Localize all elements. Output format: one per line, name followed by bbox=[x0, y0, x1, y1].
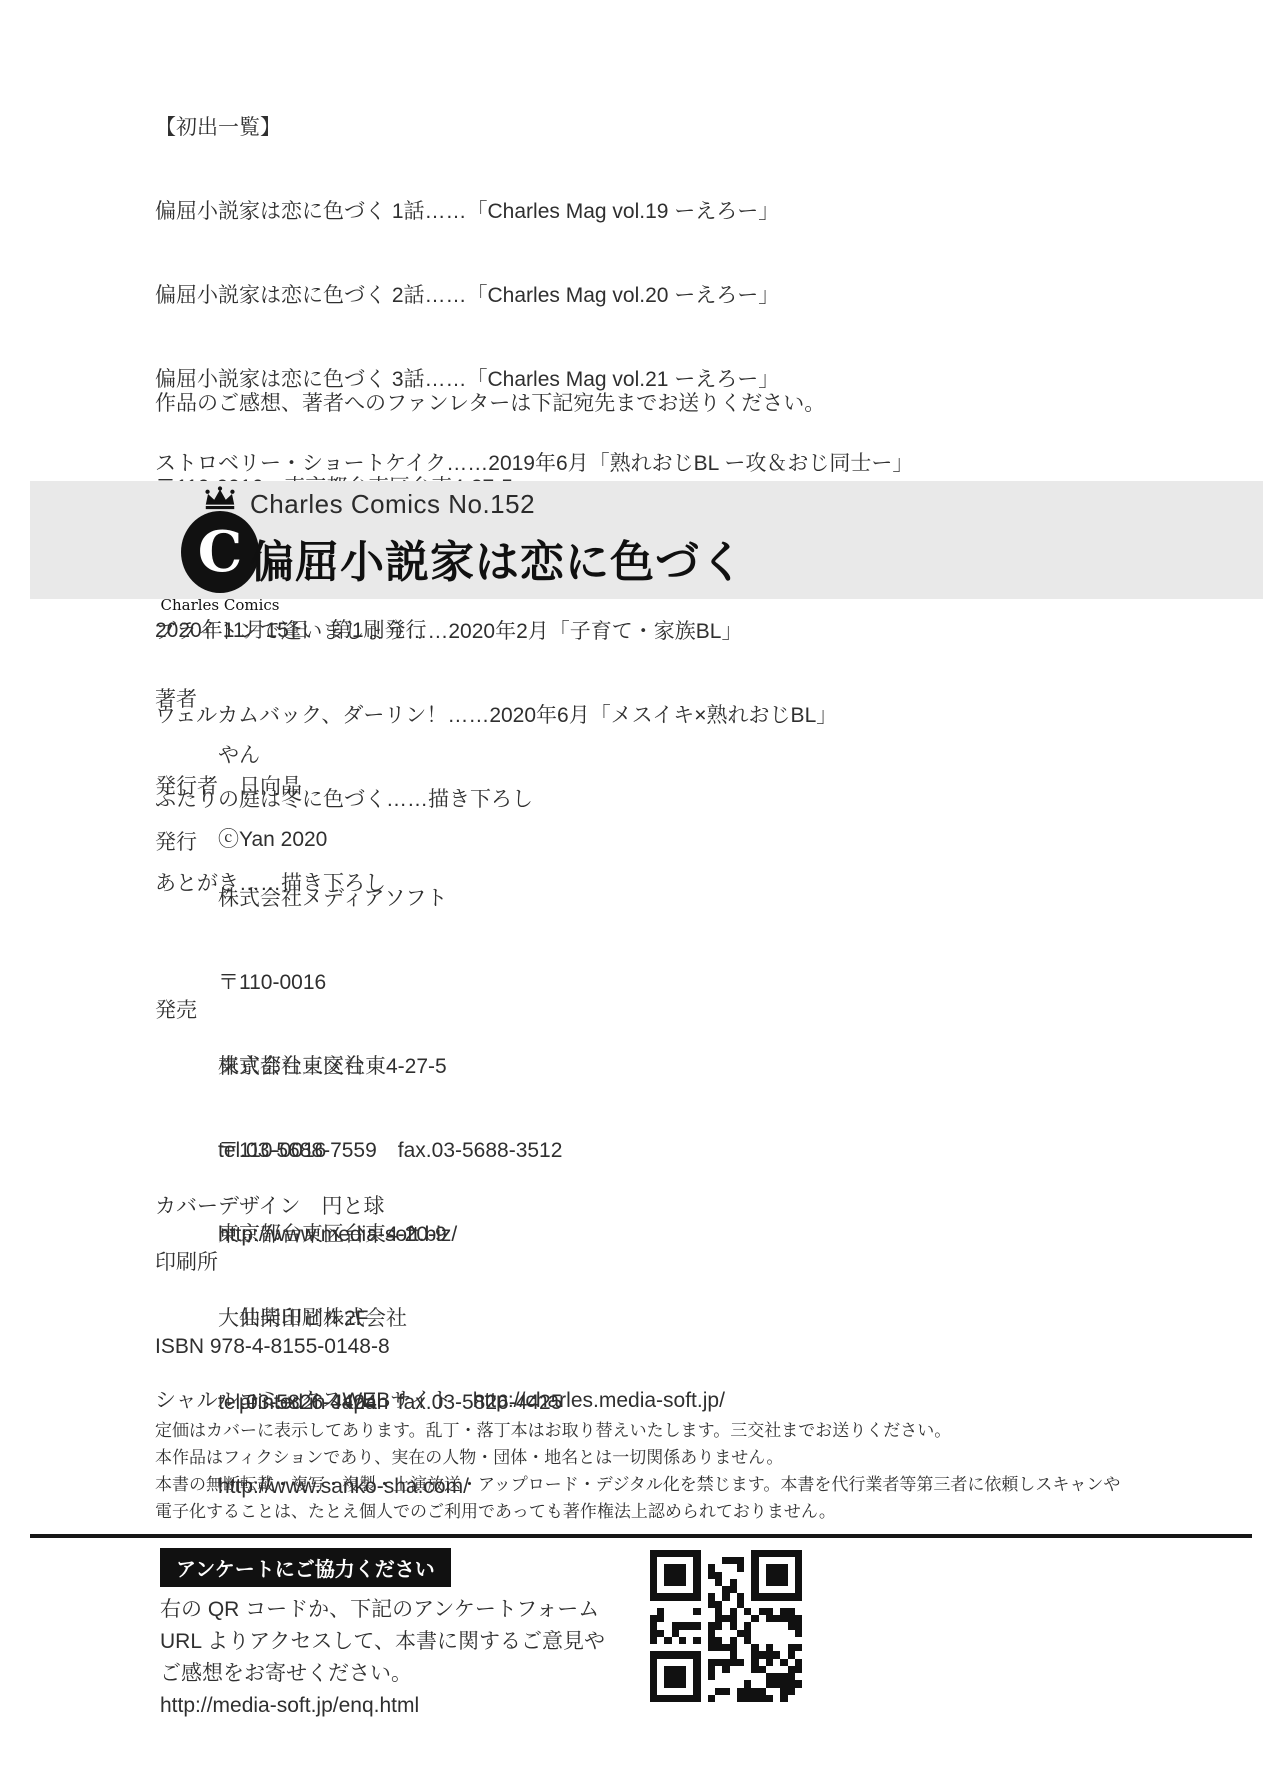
isbn: ISBN 978-4-8155-0148-8 bbox=[155, 1333, 390, 1361]
legal-line: 本作品はフィクションであり、実在の人物・団体・地名とは一切関係ありません。 bbox=[155, 1444, 1120, 1471]
distributor-label: 発売 bbox=[155, 997, 197, 1025]
publisher-name: 株式会社メディアソフト bbox=[218, 885, 562, 913]
book-title: 偏屈小説家は恋に色づく bbox=[250, 526, 745, 590]
banner-text: Charles Comics No.152 偏屈小説家は恋に色づく bbox=[250, 489, 745, 590]
distributor-name: 株式会社三交社 bbox=[218, 1053, 562, 1081]
cover-design-name: 円と球 bbox=[322, 1193, 385, 1221]
logo-letter: C bbox=[198, 524, 243, 580]
list-item: 偏屈小説家は恋に色づく 2話……「Charles Mag vol.20 ーえろー… bbox=[155, 282, 913, 310]
website-row: シャルルコミックスWEBサイト http://charles.media-sof… bbox=[155, 1387, 725, 1415]
first-publication-heading: 【初出一覧】 bbox=[155, 114, 913, 142]
series-number: Charles Comics No.152 bbox=[250, 489, 745, 520]
survey-instructions: 右の QR コードか、下記のアンケートフォーム URL よりアクセスして、本書に… bbox=[160, 1594, 605, 1722]
issuer-row: 発行者 日向晶 bbox=[155, 773, 302, 801]
section-divider bbox=[30, 1534, 1252, 1538]
printer-label: 印刷所 bbox=[155, 1249, 218, 1277]
list-item: 偏屈小説家は恋に色づく 1話……「Charles Mag vol.19 ーえろー… bbox=[155, 198, 913, 226]
legal-line: 本書の無断転載・複写・複製・上演放送・アップロード・デジタル化を禁じます。本書を… bbox=[155, 1471, 1120, 1498]
distributor-address: 東京都台東区台東4-20-9 bbox=[218, 1221, 562, 1249]
logo-circle: C bbox=[181, 511, 259, 593]
colophon-page: 【初出一覧】 偏屈小説家は恋に色づく 1話……「Charles Mag vol.… bbox=[0, 0, 1280, 1771]
publisher-postal: 〒110-0016 bbox=[218, 969, 562, 997]
issuer-name: 日向晶 bbox=[239, 773, 302, 801]
survey-line: URL よりアクセスして、本書に関するご意見や bbox=[160, 1626, 605, 1658]
survey-line: ご感想をお寄せください。 bbox=[160, 1658, 605, 1690]
fan-letter-line: 作品のご感想、著者へのファンレターは下記宛先までお送りください。 bbox=[155, 390, 825, 418]
website-label: シャルルコミックスWEBサイト bbox=[155, 1387, 452, 1415]
survey-url: http://media-soft.jp/enq.html bbox=[160, 1690, 605, 1722]
qr-code bbox=[650, 1550, 802, 1702]
legal-notice: 定価はカバーに表示してあります。乱丁・落丁本はお取り替えいたします。三交社までお… bbox=[155, 1417, 1120, 1525]
distributor-postal: 〒110-0016 bbox=[218, 1137, 562, 1165]
cover-design-row: カバーデザイン 円と球 bbox=[155, 1193, 385, 1221]
issuer-label: 発行者 bbox=[155, 773, 218, 801]
logo-label: Charles Comics bbox=[160, 596, 279, 614]
author-label: 著者 bbox=[155, 686, 197, 714]
printer-name: 共同印刷株式会社 bbox=[239, 1305, 407, 1333]
survey-line: 右の QR コードか、下記のアンケートフォーム bbox=[160, 1594, 605, 1626]
legal-line: 定価はカバーに表示してあります。乱丁・落丁本はお取り替えいたします。三交社までお… bbox=[155, 1417, 1120, 1444]
author-name: やん bbox=[218, 742, 327, 770]
legal-line: 電子化することは、たとえ個人でのご利用であっても著作権法上認められておりません。 bbox=[155, 1498, 1120, 1525]
print-info: 2020年11月15日 第1刷発行 bbox=[155, 617, 427, 645]
website-url: http://charles.media-soft.jp/ bbox=[473, 1387, 725, 1415]
cover-design-label: カバーデザイン bbox=[155, 1193, 301, 1221]
survey-heading: アンケートにご協力ください bbox=[160, 1548, 451, 1587]
publisher-label: 発行 bbox=[155, 829, 197, 857]
